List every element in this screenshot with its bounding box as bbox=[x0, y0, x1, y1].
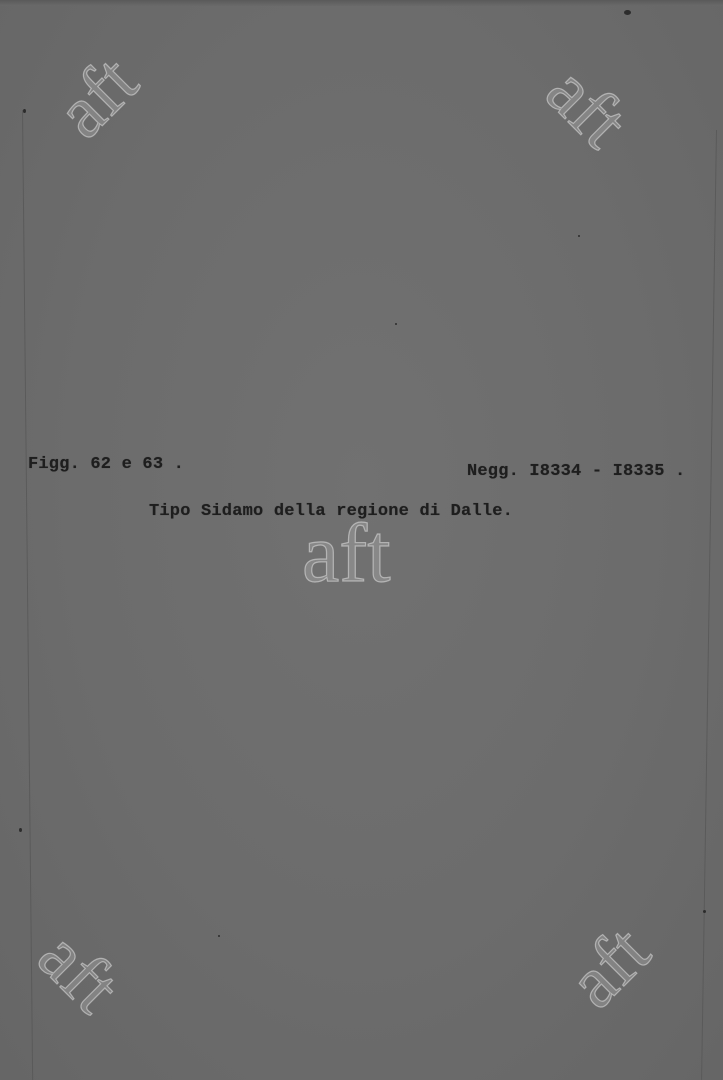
negative-reference: Negg. I8334 - I8335 . bbox=[467, 462, 685, 481]
figure-reference: Figg. 62 e 63 . bbox=[28, 455, 184, 474]
card-top-edge bbox=[0, 0, 723, 6]
left-margin-line bbox=[22, 110, 33, 1080]
ink-speck bbox=[19, 828, 22, 832]
photo-caption: Tipo Sidamo della regione di Dalle. bbox=[149, 502, 513, 521]
watermark-top-right: aft bbox=[533, 53, 641, 161]
ink-speck bbox=[218, 935, 220, 937]
archival-card: aft aft aft aft aft Figg. 62 e 63 . Negg… bbox=[0, 0, 723, 1080]
watermark-center: aft bbox=[302, 512, 391, 596]
ink-speck bbox=[624, 10, 631, 15]
ink-speck bbox=[578, 235, 580, 237]
ink-speck bbox=[703, 910, 706, 913]
watermark-bottom-right: aft bbox=[555, 913, 663, 1021]
ink-speck bbox=[23, 109, 26, 113]
watermark-top-left: aft bbox=[43, 43, 151, 151]
watermark-bottom-left: aft bbox=[25, 918, 133, 1026]
ink-speck bbox=[395, 323, 397, 325]
right-margin-line bbox=[701, 130, 717, 1080]
